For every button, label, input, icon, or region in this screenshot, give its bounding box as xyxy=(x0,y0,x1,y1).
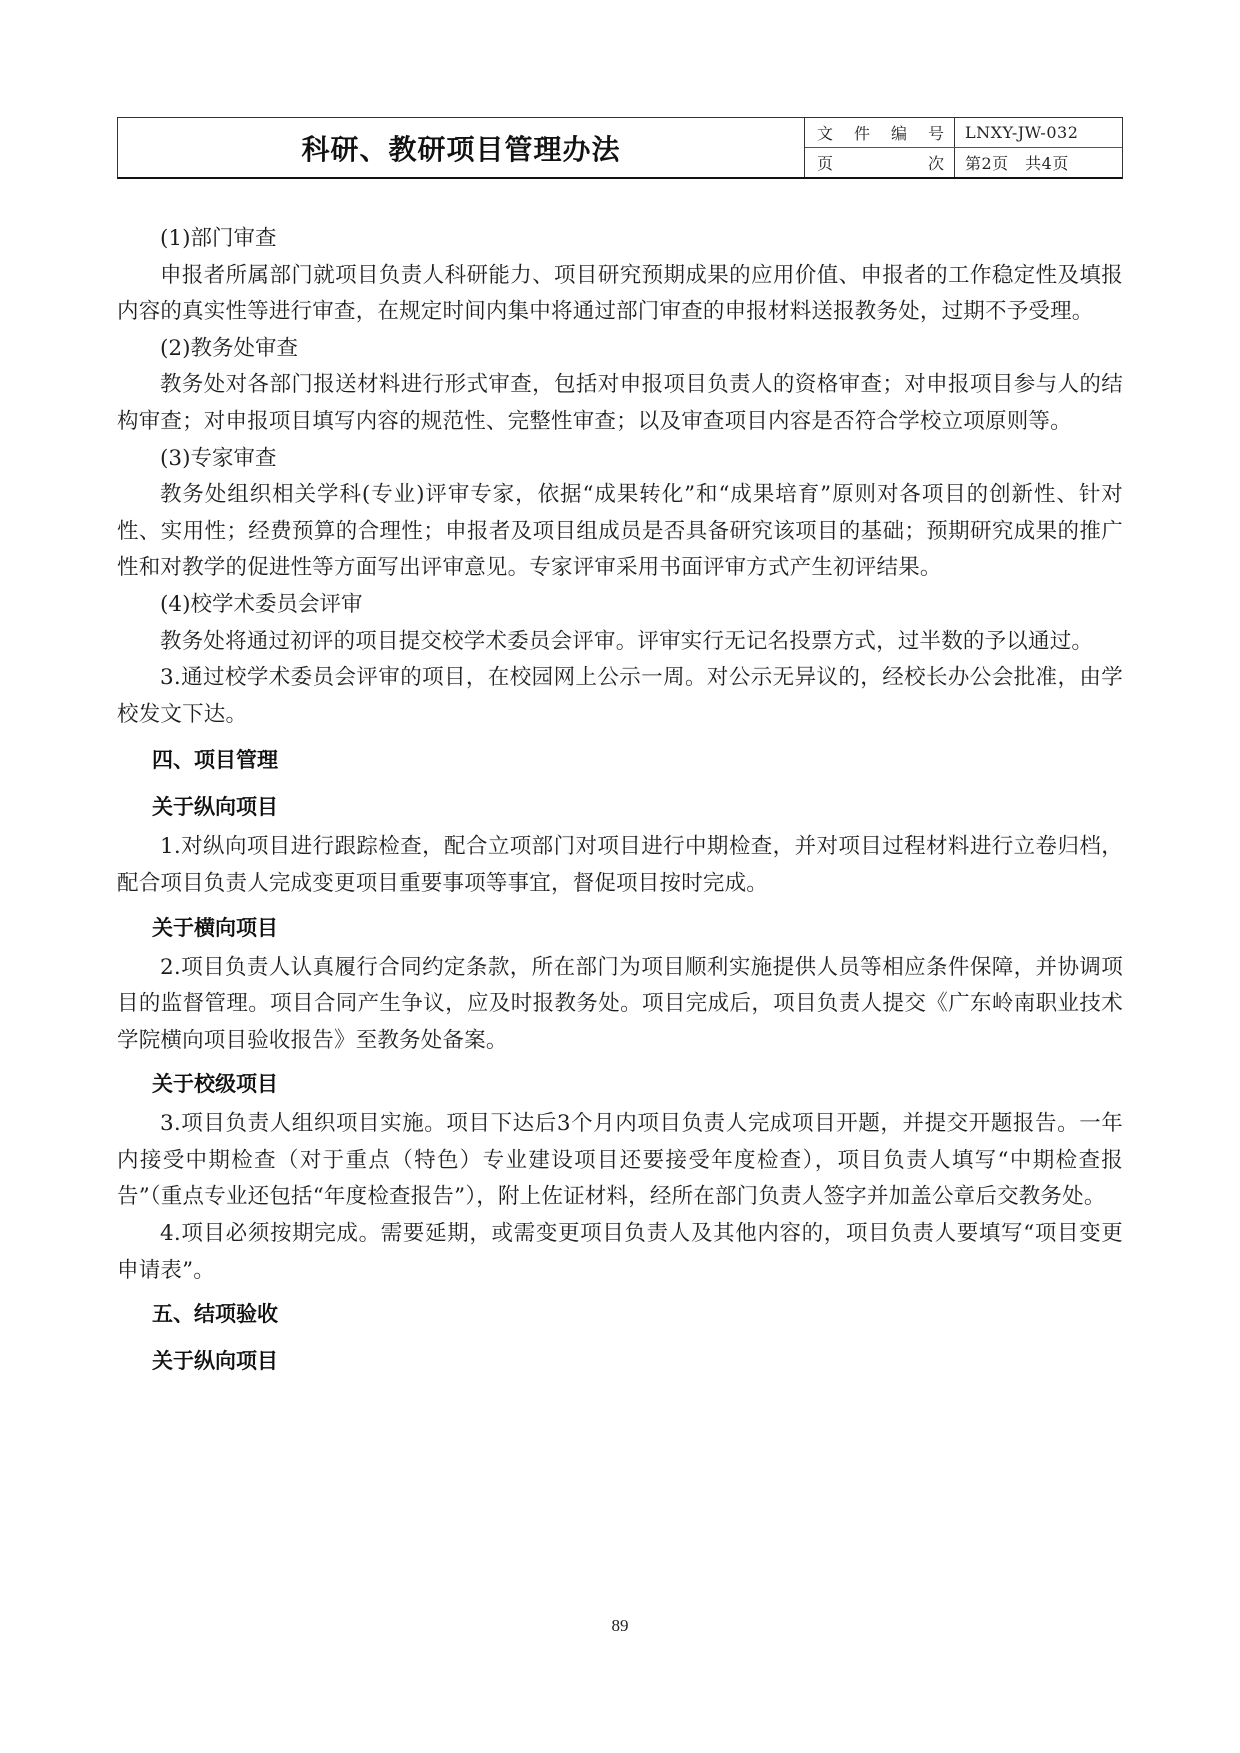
heading-horizontal-projects: 关于横向项目 xyxy=(117,907,1123,950)
heading-vertical-projects: 关于纵向项目 xyxy=(117,1340,1123,1383)
section-heading-project-management: 四、项目管理 xyxy=(117,739,1123,782)
label-char: 号 xyxy=(928,121,944,144)
label-char: 页 xyxy=(817,151,833,174)
paragraph: 1.对纵向项目进行跟踪检查，配合立项部门对项目进行中期检查，并对项目过程材料进行… xyxy=(117,829,1123,902)
page-info-label: 页 次 xyxy=(805,148,955,177)
paragraph: 3.项目负责人组织项目实施。项目下达后3个月内项目负责人完成项目开题，并提交开题… xyxy=(117,1106,1123,1216)
paragraph: 3.通过校学术委员会评审的项目，在校园网上公示一周。对公示无异议的，经校长办公会… xyxy=(117,660,1123,733)
label-char: 次 xyxy=(928,151,944,174)
file-number-label: 文 件 编 号 xyxy=(805,118,955,147)
paragraph: 教务处将通过初评的项目提交校学术委员会评审。评审实行无记名投票方式，过半数的予以… xyxy=(117,624,1123,661)
subsection-expert-review: (3)专家审查 xyxy=(117,441,1123,478)
paragraph: 2.项目负责人认真履行合同约定条款，所在部门为项目顺利实施提供人员等相应条件保障… xyxy=(117,950,1123,1060)
page-info-row: 页 次 第2页 共4页 xyxy=(805,147,1122,177)
page-number: 89 xyxy=(0,1616,1240,1636)
subsection-dept-review: (1)部门审查 xyxy=(117,221,1123,258)
paragraph: 4.项目必须按期完成。需要延期，或需变更项目负责人及其他内容的，项目负责人要填写… xyxy=(117,1216,1123,1289)
paragraph: 教务处对各部门报送材料进行形式审查，包括对申报项目负责人的资格审查；对申报项目参… xyxy=(117,367,1123,440)
document-header-table: 科研、教研项目管理办法 文 件 编 号 LNXY-JW-032 页 次 第2页 … xyxy=(117,117,1123,179)
subsection-committee-review: (4)校学术委员会评审 xyxy=(117,587,1123,624)
label-char: 文 xyxy=(817,121,833,144)
heading-vertical-projects: 关于纵向项目 xyxy=(117,786,1123,829)
subsection-office-review: (2)教务处审查 xyxy=(117,331,1123,368)
label-char: 编 xyxy=(891,121,907,144)
file-number-row: 文 件 编 号 LNXY-JW-032 xyxy=(805,118,1122,147)
label-char: 件 xyxy=(854,121,870,144)
paragraph: 教务处组织相关学科(专业)评审专家，依据“成果转化”和“成果培育”原则对各项目的… xyxy=(117,477,1123,587)
file-number-value: LNXY-JW-032 xyxy=(955,118,1122,147)
heading-school-projects: 关于校级项目 xyxy=(117,1063,1123,1106)
document-meta: 文 件 编 号 LNXY-JW-032 页 次 第2页 共4页 xyxy=(805,118,1122,177)
page-info-value: 第2页 共4页 xyxy=(955,148,1122,177)
paragraph: 申报者所属部门就项目负责人科研能力、项目研究预期成果的应用价值、申报者的工作稳定… xyxy=(117,258,1123,331)
document-title: 科研、教研项目管理办法 xyxy=(118,118,805,177)
document-body: (1)部门审查 申报者所属部门就项目负责人科研能力、项目研究预期成果的应用价值、… xyxy=(117,221,1123,1383)
section-heading-acceptance: 五、结项验收 xyxy=(117,1293,1123,1336)
